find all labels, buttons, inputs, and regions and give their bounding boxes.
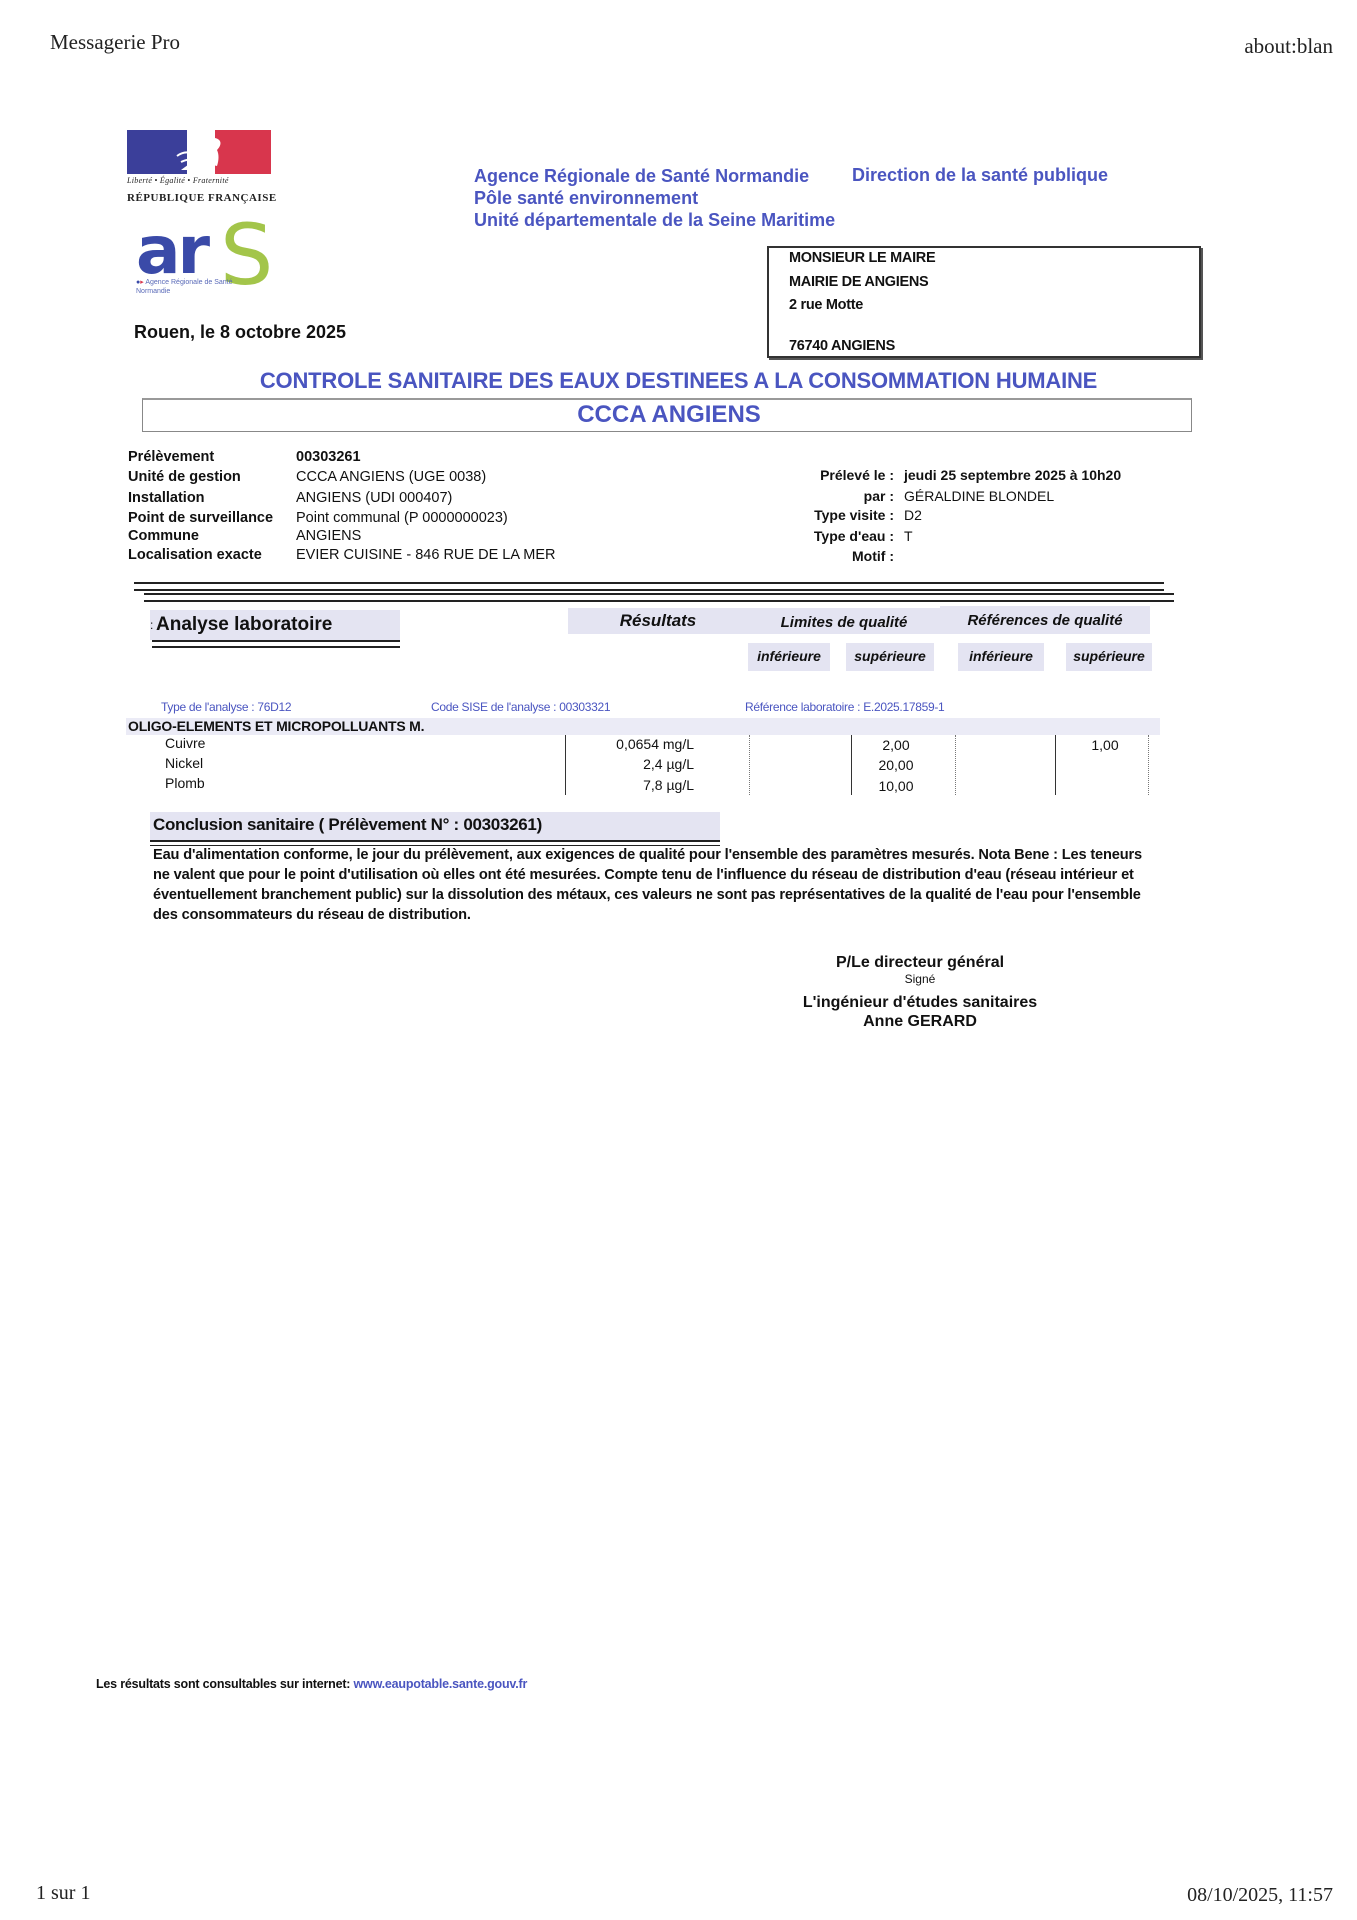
print-footer-page: 1 sur 1 [36,1882,90,1905]
info-value: D2 [904,507,922,523]
analysis-lab-reference: Référence laboratoire : E.2025.17859-1 [745,700,944,714]
column-header-references: Références de qualité [940,606,1150,634]
agency-name: Agence Régionale de Santé Normandie [474,165,835,187]
info-value: jeudi 25 septembre 2025 à 10h20 [904,467,1121,483]
info-label: Commune [128,528,199,544]
info-value: ANGIENS [296,528,361,544]
analysis-header-mark: : [150,618,153,632]
recipient-address-box: MONSIEUR LE MAIRE MAIRIE DE ANGIENS 2 ru… [767,246,1201,358]
signature-signed: Signé [760,972,1080,986]
conclusion-header: Conclusion sanitaire ( Prélèvement N° : … [153,815,542,835]
signature-for: P/Le directeur général [760,954,1080,972]
info-label: Motif : [724,548,894,564]
column-header-ref-lower: inférieure [958,643,1044,671]
document-subtitle: CCCA ANGIENS [0,401,1338,429]
column-header-ref-upper: supérieure [1066,643,1152,671]
column-divider [1055,735,1056,795]
analysis-sise-code: Code SISE de l'analyse : 00303321 [431,700,610,714]
signature-role: L'ingénieur d'études sanitaires [760,994,1080,1012]
ars-arrow-icon: ▸ [140,279,144,286]
recipient-line: 76740 ANGIENS [789,338,895,354]
info-value: EVIER CUISINE - 846 RUE DE LA MER [296,547,555,563]
results-online-note: Les résultats sont consultables sur inte… [96,1677,527,1691]
parameter-result: 2,4 µg/L [560,756,694,772]
parameter-limit-upper: 10,00 [850,778,942,794]
info-label: Point de surveillance [128,510,273,526]
parameter-group-label: OLIGO-ELEMENTS ET MICROPOLLUANTS M. [128,718,424,734]
recipient-line: MAIRIE DE ANGIENS [789,274,928,290]
info-label: Unité de gestion [128,469,241,485]
info-value: Point communal (P 0000000023) [296,510,508,526]
info-label: Installation [128,490,205,506]
analysis-section-label: Analyse laboratoire [156,614,332,636]
info-label: Type visite : [724,507,894,523]
info-value: T [904,528,913,544]
section-divider [144,593,1174,602]
info-label: Type d'eau : [724,528,894,544]
column-divider [749,735,750,795]
results-online-text: Les résultats sont consultables sur inte… [96,1677,354,1691]
conclusion-text: Eau d'alimentation conforme, le jour du … [153,845,1153,925]
section-divider [134,582,1164,591]
marianne-logo [127,130,271,174]
parameter-result: 7,8 µg/L [560,777,694,793]
info-value: GÉRALDINE BLONDEL [904,488,1054,504]
info-value: 00303261 [296,449,361,465]
analysis-header-rule [152,640,400,648]
agency-pole: Pôle santé environnement [474,187,835,209]
recipient-line: 2 rue Motte [789,297,863,313]
column-divider [955,735,956,795]
republique-francaise-label: RÉPUBLIQUE FRANÇAISE [127,192,277,204]
ars-logo-subtitle: ●▸ Agence Régionale de Santé Normandie [136,278,256,296]
column-header-limits: Limites de qualité [748,608,940,634]
parameter-name: Plomb [165,775,205,791]
print-footer-datetime: 08/10/2025, 11:57 [1187,1884,1333,1907]
parameter-name: Nickel [165,755,203,771]
info-value: ANGIENS (UDI 000407) [296,490,452,506]
eaupotable-link[interactable]: www.eaupotable.sante.gouv.fr [354,1677,528,1691]
column-header-results: Résultats [568,608,748,634]
parameter-ref-upper: 1,00 [1060,737,1150,753]
info-label: par : [724,488,894,504]
column-header-limit-lower: inférieure [748,643,830,671]
agency-unit: Unité départementale de la Seine Maritim… [474,209,835,231]
agency-block: Agence Régionale de Santé Normandie Pôle… [474,165,835,231]
republique-devise: Liberté • Égalité • Fraternité [127,176,229,185]
analysis-type: Type de l'analyse : 76D12 [161,700,291,714]
marianne-profile-icon [167,136,237,174]
info-label: Localisation exacte [128,547,262,563]
info-label: Prélèvement [128,449,214,465]
print-header-url: about:blan [1244,34,1333,59]
column-header-limit-upper: supérieure [846,643,934,671]
parameter-limit-upper: 2,00 [850,737,942,753]
parameter-name: Cuivre [165,735,205,751]
ars-logo: ar S ●▸ Agence Régionale de Santé Norman… [136,228,286,318]
print-header-title: Messagerie Pro [50,30,180,55]
parameter-limit-upper: 20,00 [850,757,942,773]
parameter-result: 0,0654 mg/L [560,736,694,752]
info-value: CCCA ANGIENS (UGE 0038) [296,469,486,485]
recipient-line: MONSIEUR LE MAIRE [789,250,935,266]
info-label: Prélevé le : [724,467,894,483]
signature-name: Anne GERARD [760,1013,1080,1031]
document-date: Rouen, le 8 octobre 2025 [134,322,346,343]
document-title: CONTROLE SANITAIRE DES EAUX DESTINEES A … [0,368,1357,394]
agency-direction: Direction de la santé publique [852,165,1108,186]
